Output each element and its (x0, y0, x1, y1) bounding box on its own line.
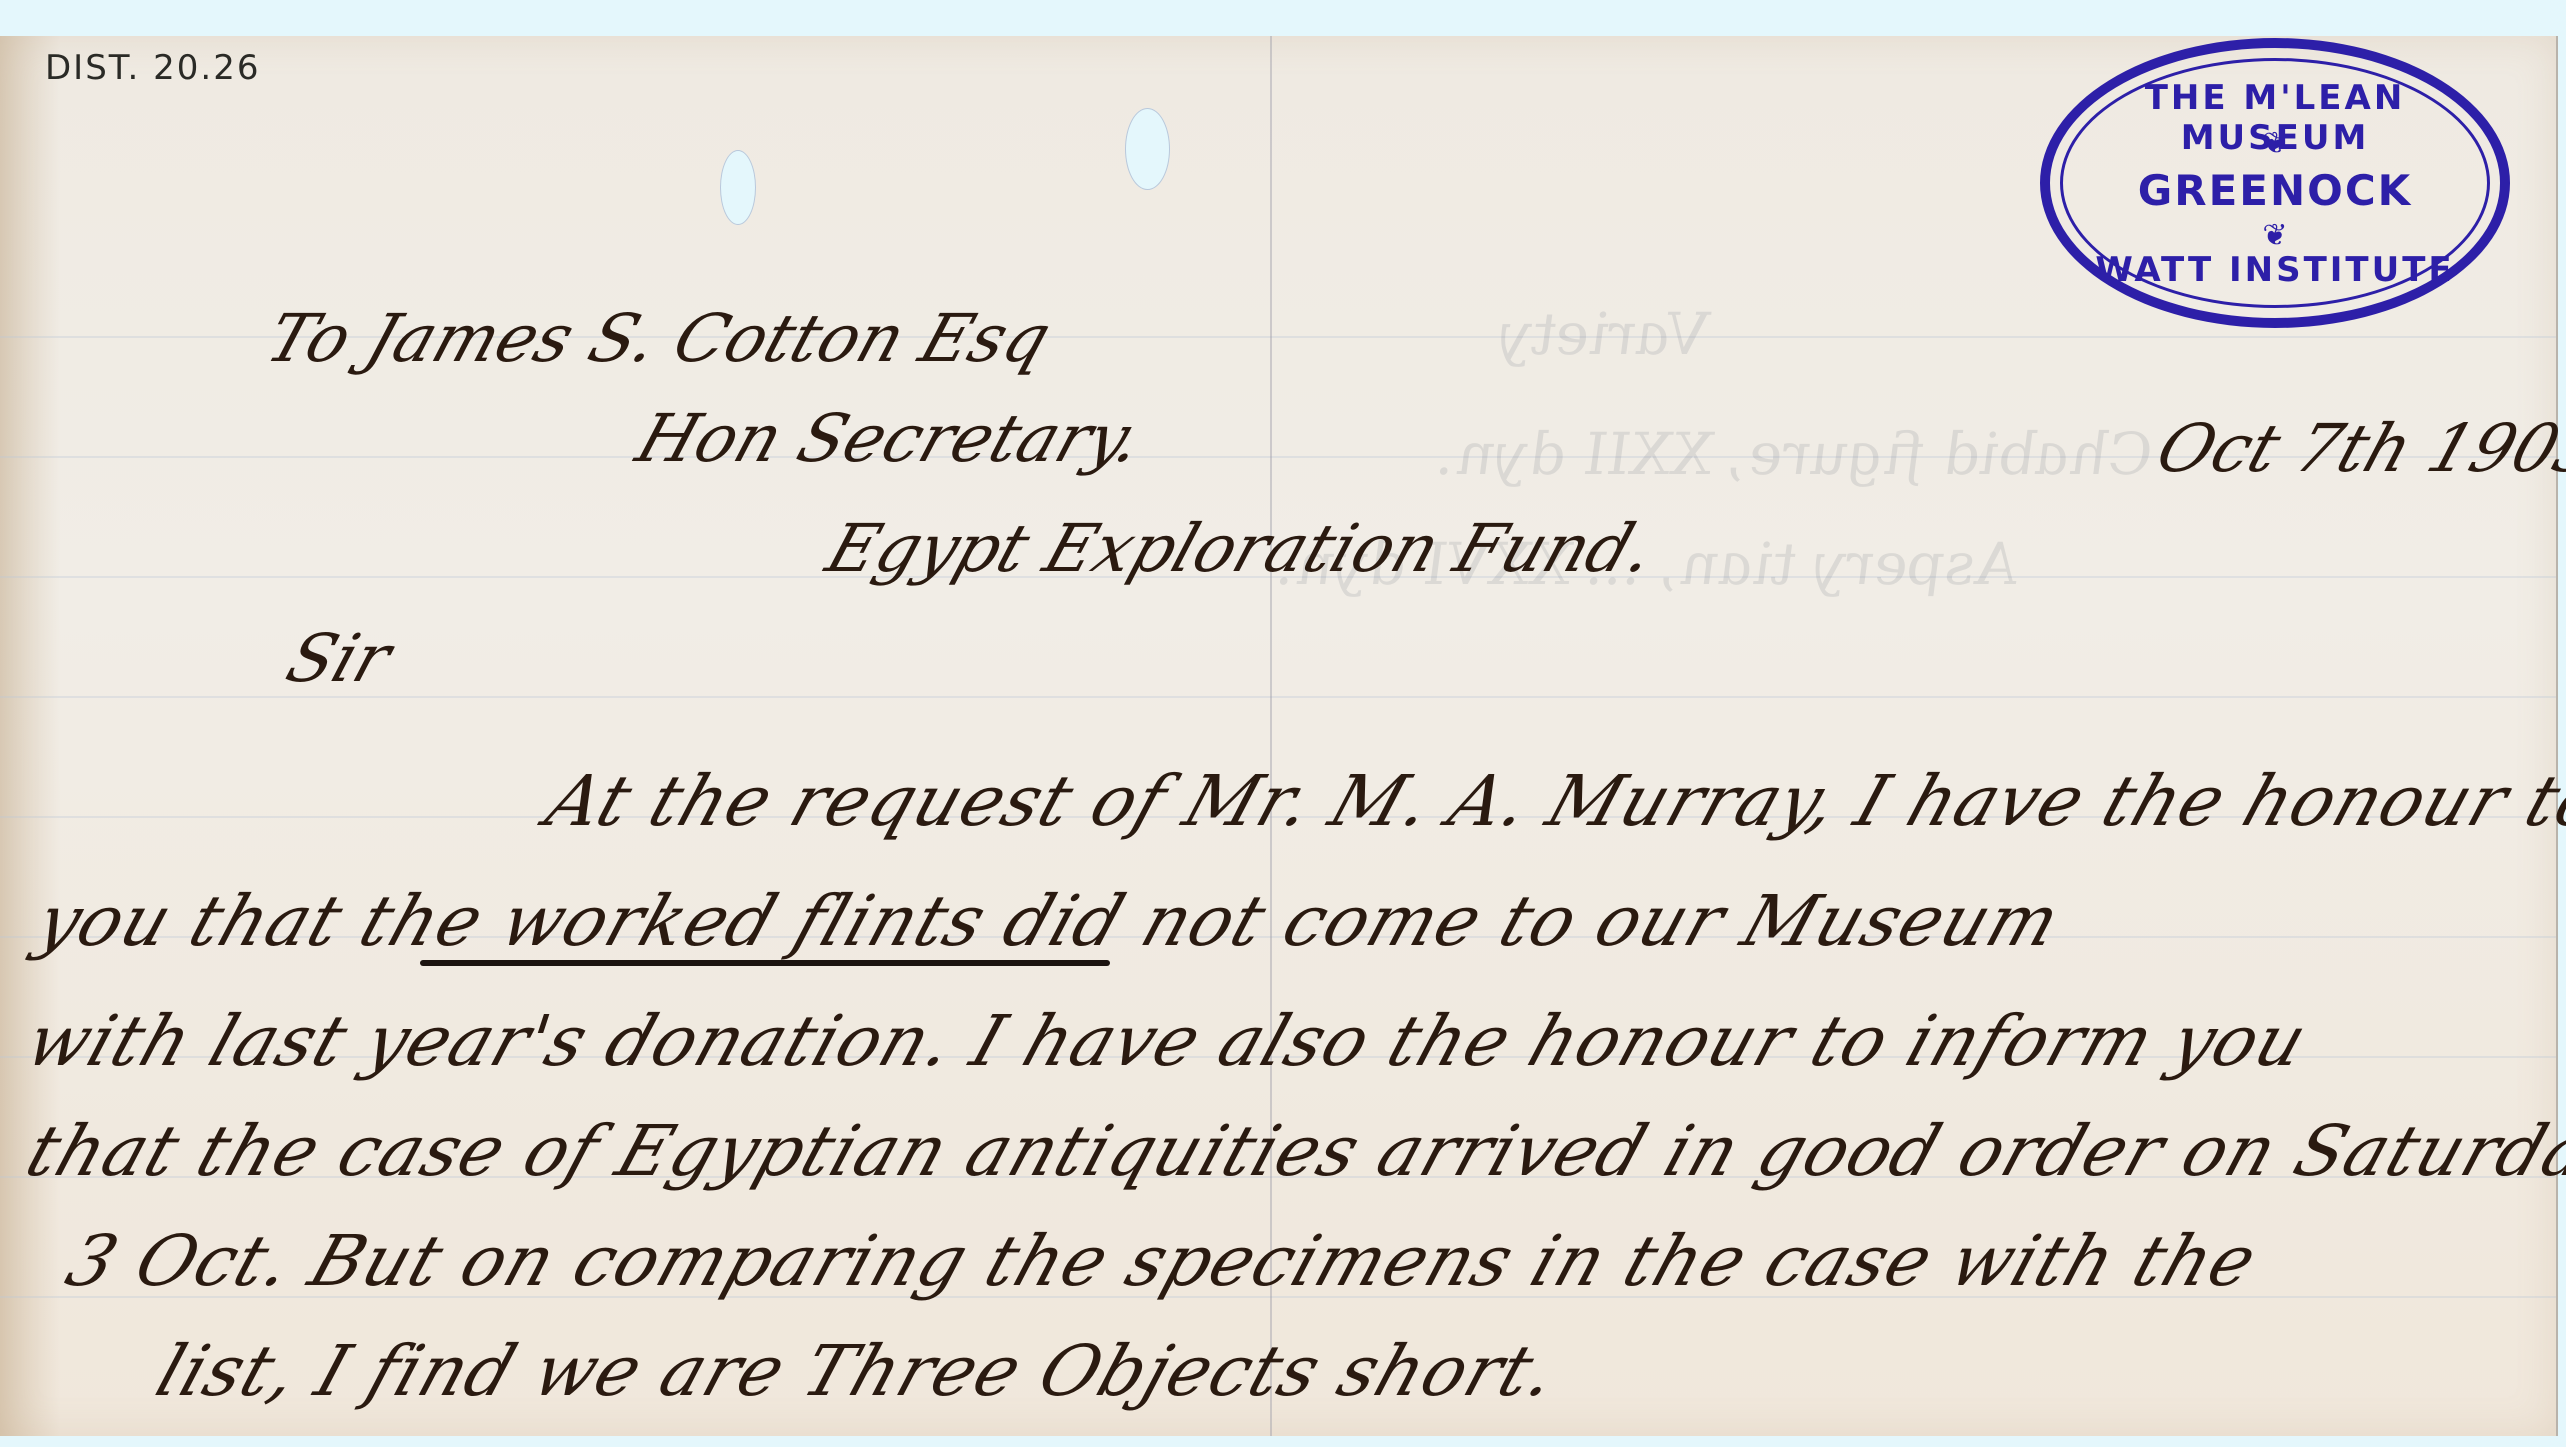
stamp-bottom-text: WATT INSTITUTE (2050, 250, 2500, 290)
address-line-2: Hon Secretary. (627, 400, 1152, 477)
ruled-line (0, 696, 2556, 698)
body-line: 3 Oct. But on comparing the specimens in… (57, 1220, 2268, 1302)
stamp-city: GREENOCK (2050, 166, 2500, 215)
body-line: that the case of Egyptian antiquities ar… (17, 1110, 2566, 1192)
museum-stamp: THE M'LEAN MUSEUM ❦ GREENOCK ❦ WATT INST… (2040, 38, 2510, 328)
underline-worked-flints (420, 960, 1110, 966)
catalog-number: DIST. 20.26 (45, 48, 260, 88)
letter-date: Oct 7th 1903. (2147, 410, 2566, 487)
body-line: you that the worked flints did not come … (27, 880, 2071, 962)
punch-hole (720, 150, 756, 225)
stamp-ornament-icon: ❦ (2050, 126, 2500, 161)
address-line-1: To James S. Cotton Esq (257, 300, 1060, 377)
address-line-3: Egypt Exploration Fund. (817, 510, 1664, 587)
body-line: list, I find we are Three Objects short. (147, 1330, 1568, 1412)
body-line: with last year's donation. I have also t… (17, 1000, 2318, 1082)
stamp-ornament-icon: ❦ (2050, 218, 2500, 253)
bleed-through-text: Chabid figure, XXII dyn. (1429, 420, 2163, 488)
punch-hole (1125, 108, 1170, 190)
body-line: At the request of Mr. M. A. Murray, I ha… (537, 760, 2566, 842)
bleed-through-text: Variety (1489, 300, 1719, 368)
